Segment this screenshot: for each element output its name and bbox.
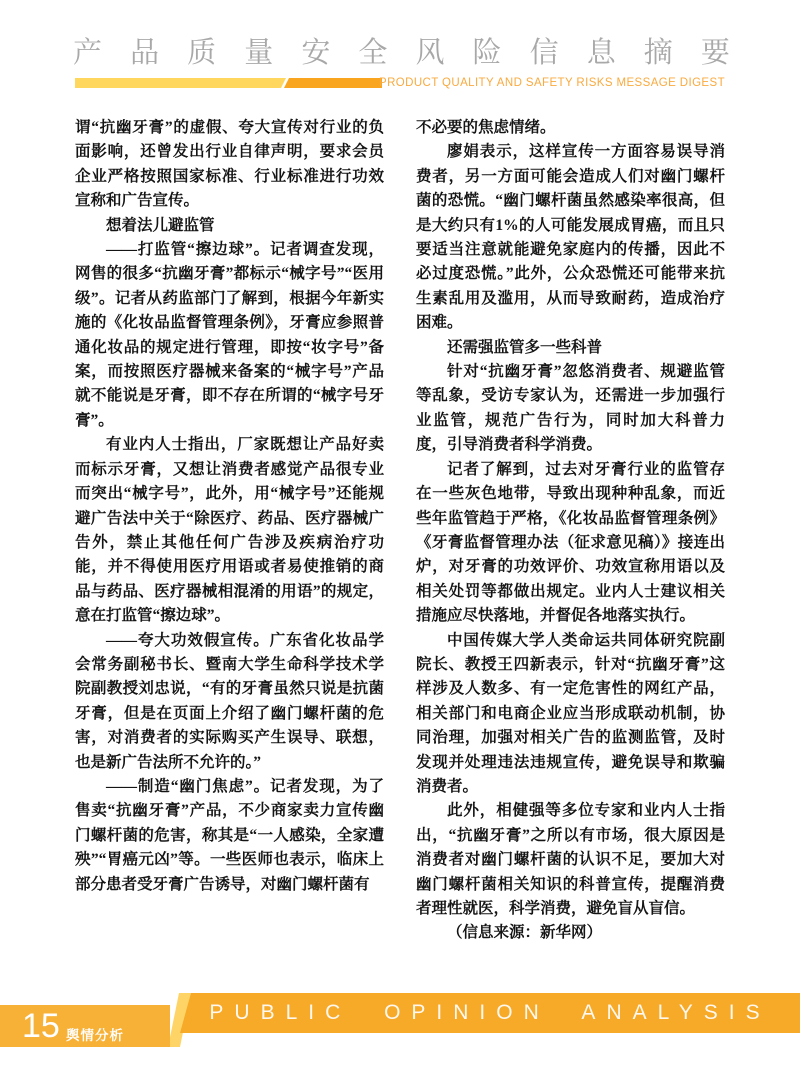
header-accent-bar-light xyxy=(75,78,286,88)
section-subhead: 还需强监管多一些科普 xyxy=(416,336,725,360)
title-char: 要 xyxy=(701,38,730,68)
right-column: 不必要的焦虑情绪。 廖娟表示，这样宣传一方面容易误导消费者，另一方面可能会造成人… xyxy=(416,116,725,946)
title-char: 质 xyxy=(187,38,216,68)
paragraph: 记者了解到，过去对牙膏行业的监管存在一些灰色地带，导致出现种种乱象，而近些年监管… xyxy=(416,458,725,629)
footer-section-label: 舆情分析 xyxy=(66,1024,124,1044)
paragraph: 针对“抗幽牙膏”忽悠消费者、规避监管等乱象，受访专家认为，还需进一步加强行业监管… xyxy=(416,360,725,458)
paragraph: 有业内人士指出，厂家既想让产品好卖而标示牙膏，又想让消费者感觉产品很专业而突出“… xyxy=(75,433,384,628)
title-char: 险 xyxy=(473,38,502,68)
paragraph: ——夸大功效假宣传。广东省化妆品学会常务副秘书长、暨南大学生命科学技术学院副教授… xyxy=(75,629,384,775)
page-title: 产 品 质 量 安 全 风 险 信 息 摘 要 xyxy=(73,38,730,68)
paragraph: 谓“抗幽牙膏”的虚假、夸大宣传对行业的负面影响，还曾发出行业自律声明，要求会员企… xyxy=(75,116,384,214)
paragraph: ——制造“幽门焦虑”。记者发现，为了售卖“抗幽牙膏”产品，不少商家卖力宣传幽门螺… xyxy=(75,775,384,897)
title-char: 息 xyxy=(587,38,616,68)
title-char: 摘 xyxy=(644,38,673,68)
title-char: 量 xyxy=(244,38,273,68)
page-number: 15 xyxy=(22,1008,60,1044)
header-accent-bar-dark xyxy=(284,78,382,88)
paragraph: 此外，相健强等多位专家和业内人士指出，“抗幽牙膏”之所以有市场，很大原因是消费者… xyxy=(416,799,725,921)
paragraph: 廖娟表示，这样宣传一方面容易误导消费者，另一方面可能会造成人们对幽门螺杆菌的恐慌… xyxy=(416,140,725,335)
title-char: 风 xyxy=(415,38,444,68)
magazine-page: 产 品 质 量 安 全 风 险 信 息 摘 要 PRODUCT QUALITY … xyxy=(0,0,800,1086)
paragraph: 不必要的焦虑情绪。 xyxy=(416,116,725,140)
title-char: 品 xyxy=(130,38,159,68)
title-char: 信 xyxy=(530,38,559,68)
title-char: 全 xyxy=(358,38,387,68)
header-subtitle: PRODUCT QUALITY AND SAFETY RISKS MESSAGE… xyxy=(379,76,725,90)
source-note: （信息来源：新华网） xyxy=(416,921,725,945)
left-column: 谓“抗幽牙膏”的虚假、夸大宣传对行业的负面影响，还曾发出行业自律声明，要求会员企… xyxy=(75,116,384,946)
section-subhead: 想着法儿避监管 xyxy=(75,214,384,238)
title-char: 产 xyxy=(73,38,102,68)
paragraph: ——打监管“擦边球”。记者调查发现，网售的很多“抗幽牙膏”都标示“械字号”“医用… xyxy=(75,238,384,433)
footer-banner: PUBLIC OPINION ANALYSIS xyxy=(180,993,800,1033)
title-char: 安 xyxy=(301,38,330,68)
paragraph: 中国传媒大学人类命运共同体研究院副院长、教授王四新表示，针对“抗幽牙膏”这样涉及… xyxy=(416,629,725,800)
article-body: 谓“抗幽牙膏”的虚假、夸大宣传对行业的负面影响，还曾发出行业自律声明，要求会员企… xyxy=(75,116,725,946)
